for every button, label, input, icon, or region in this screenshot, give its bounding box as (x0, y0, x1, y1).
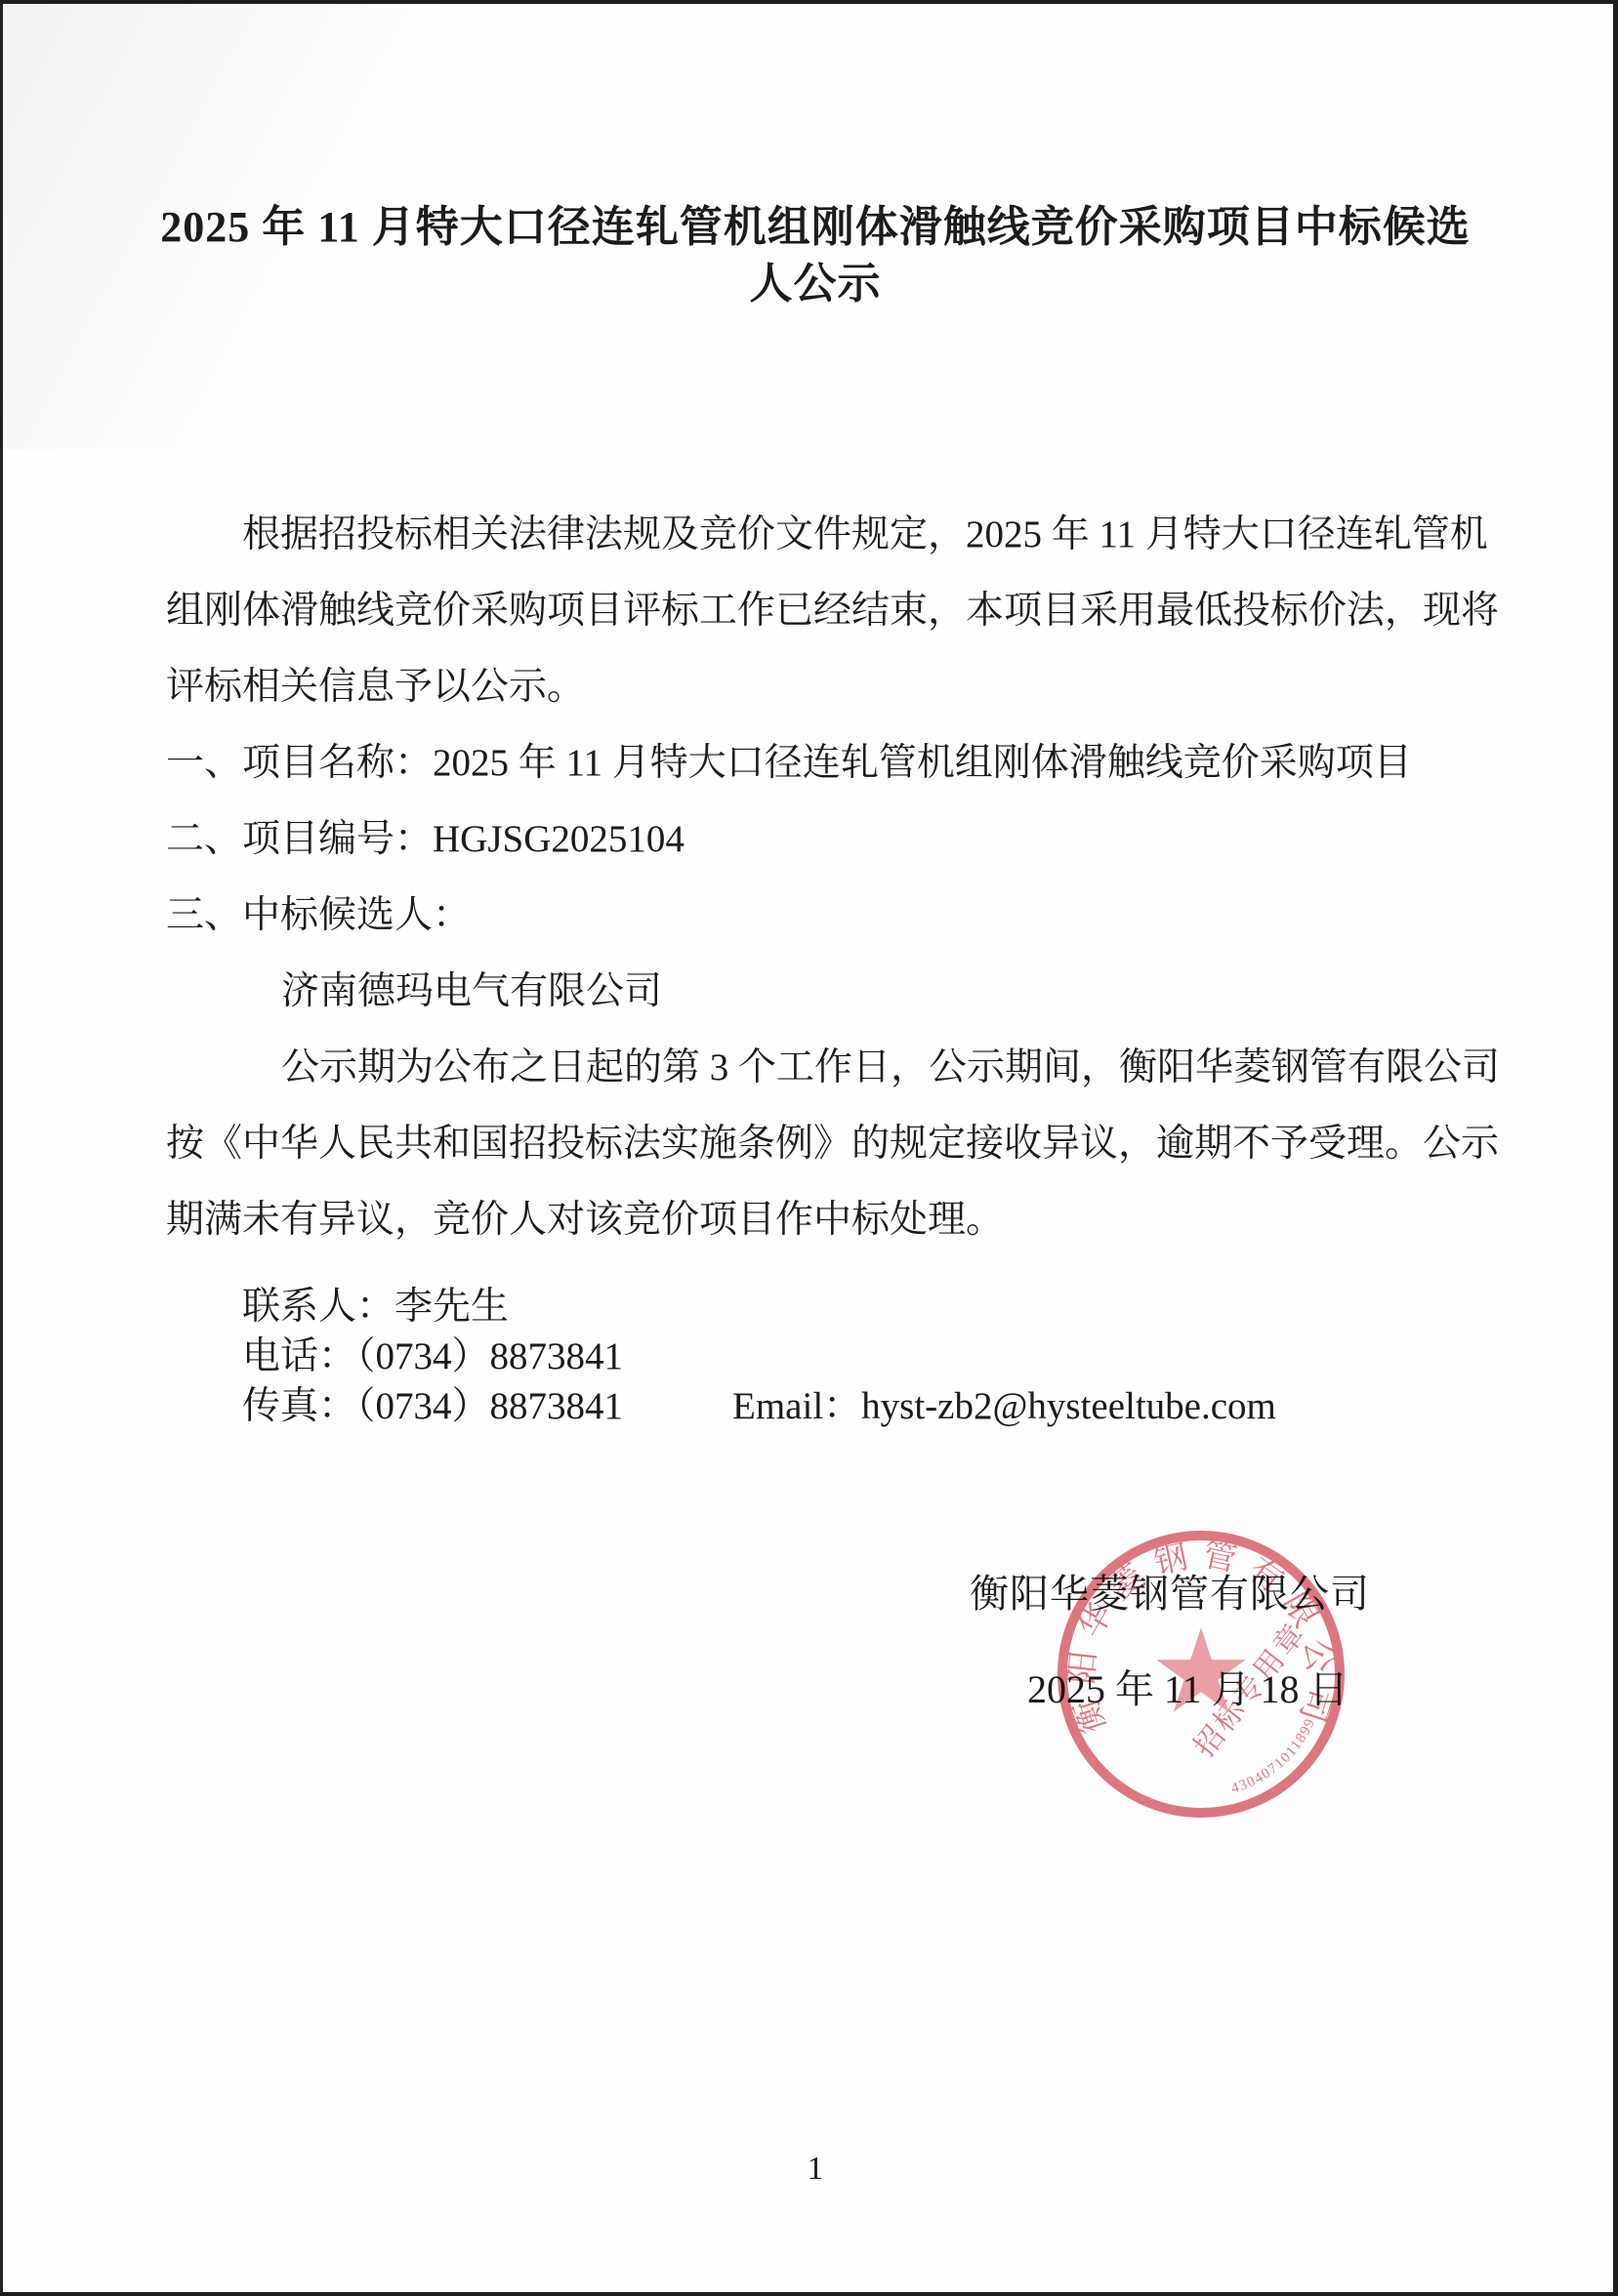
body-line: 评标相关信息予以公示。 (166, 649, 1473, 725)
body-line: 期满未有异议，竞价人对该竞价项目作中标处理。 (166, 1182, 1473, 1258)
document-title-line1: 2025 年 11 月特大口径连轧管机组刚体滑触线竞价采购项目中标候选 (156, 199, 1474, 256)
body-line-item-project-number: 二、项目编号：HGJSG2025104 (166, 801, 1473, 878)
body-line-candidate-company: 济南德玛电气有限公司 (166, 954, 1473, 1030)
contact-info: 联系人：李先生 电话：（0734）8873841 传真：（0734）887384… (242, 1282, 1276, 1431)
body-line-item-project-name: 一、项目名称：2025 年 11 月特大口径连轧管机组刚体滑触线竞价采购项目 (166, 725, 1473, 801)
contact-fax-text: 传真：（0734）8873841 (242, 1385, 623, 1427)
contact-email-text: Email：hyst-zb2@hysteeltube.com (732, 1381, 1276, 1431)
signature-company-name: 衡阳华菱钢管有限公司 (970, 1563, 1370, 1619)
contact-person-line: 联系人：李先生 (242, 1282, 1276, 1332)
document-title-line2: 人公示 (156, 256, 1474, 312)
body-line-item-candidates: 三、中标候选人： (166, 878, 1473, 954)
body-line: 按《中华人民共和国招投标法实施条例》的规定接收异议，逾期不予受理。公示 (166, 1106, 1473, 1182)
contact-fax-email-line: 传真：（0734）8873841Email：hyst-zb2@hysteeltu… (242, 1381, 1276, 1431)
body-line: 根据招投标相关法律法规及竞价文件规定，2025 年 11 月特大口径连轧管机 (166, 497, 1473, 573)
document-body: 根据招投标相关法律法规及竞价文件规定，2025 年 11 月特大口径连轧管机 组… (166, 497, 1473, 1258)
body-line: 组刚体滑触线竞价采购项目评标工作已经结束，本项目采用最低投标价法，现将 (166, 573, 1473, 649)
scanned-document-page: 2025 年 11 月特大口径连轧管机组刚体滑触线竞价采购项目中标候选 人公示 … (0, 0, 1618, 2296)
body-line: 公示期为公布之日起的第 3 个工作日，公示期间，衡阳华菱钢管有限公司 (166, 1030, 1473, 1106)
contact-phone-line: 电话：（0734）8873841 (242, 1332, 1276, 1381)
seal-serial-text: 4304071011899 (1229, 1715, 1319, 1796)
seal-serial-textpath: 4304071011899 (1229, 1715, 1319, 1796)
signature-date: 2025 年 11 月 18 日 (1027, 1659, 1348, 1714)
document-title: 2025 年 11 月特大口径连轧管机组刚体滑触线竞价采购项目中标候选 人公示 (156, 199, 1474, 312)
page-number: 1 (156, 2151, 1474, 2188)
